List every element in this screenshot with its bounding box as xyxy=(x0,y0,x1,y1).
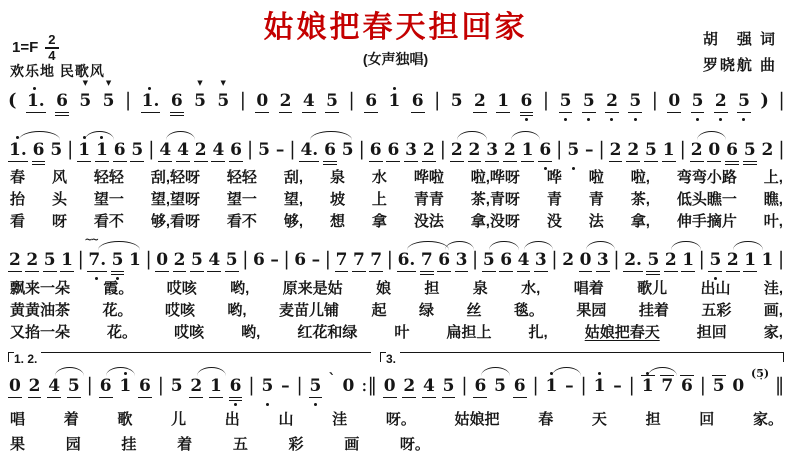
barline: | xyxy=(348,91,354,110)
lyric-syllable: 轻轻 xyxy=(227,170,257,185)
ul1 xyxy=(450,161,464,162)
ul1 xyxy=(309,397,323,398)
lyric-syllable: 着 xyxy=(177,437,192,452)
barline: | xyxy=(556,140,562,159)
note: 2 xyxy=(726,252,740,269)
dot-lo xyxy=(95,277,98,280)
ul1 xyxy=(422,161,436,162)
lyric-syllable: 担 xyxy=(646,412,661,427)
lyric-syllable: 够,看呀 xyxy=(151,214,200,229)
note: 2 xyxy=(609,142,623,159)
note: 1 xyxy=(761,252,775,269)
music-line-2: 1.65|1165|44246|5–|4.65|6632|223216|5–|2… xyxy=(8,140,785,159)
note: 6 xyxy=(138,378,152,395)
note: 7 xyxy=(420,252,434,269)
note: 6 xyxy=(513,378,527,395)
lyric-syllable: 刮, xyxy=(284,170,303,185)
lyric-syllable: 画, xyxy=(764,303,783,318)
ul1 xyxy=(299,161,319,162)
note: 3 xyxy=(485,142,499,159)
note: 1 xyxy=(641,378,655,395)
arc xyxy=(445,241,474,250)
note: 6. xyxy=(397,252,417,269)
note: 5 xyxy=(737,93,751,110)
ul1 xyxy=(170,112,184,113)
lyric-syllable: 刮,轻呀 xyxy=(151,170,200,185)
note: 2 xyxy=(189,378,203,395)
note: 3 xyxy=(404,142,418,159)
ul1 xyxy=(8,161,28,162)
note: 0 xyxy=(255,93,269,110)
note: 5 xyxy=(309,378,323,395)
lyric-syllable: 洼, xyxy=(764,281,783,296)
barline: | xyxy=(598,140,604,159)
ul1 xyxy=(513,397,527,398)
barline: | xyxy=(551,250,557,269)
note: 4 xyxy=(176,142,190,159)
note: 2 xyxy=(468,142,482,159)
parenthesis: ) xyxy=(760,90,769,111)
lyrics-stanza1-row2: 抬头望一望,望呀望一望,坡上青青茶,青呀青青茶,低头瞧一瞧, xyxy=(10,192,783,207)
barline: | xyxy=(778,250,784,269)
meter-numerator: 2 xyxy=(45,33,58,49)
arc xyxy=(310,131,351,140)
note: 1 xyxy=(209,378,223,395)
note: 7 xyxy=(660,378,674,395)
ul1 xyxy=(725,161,739,162)
note: 5 xyxy=(582,93,596,110)
repeat-barline: :‖ xyxy=(361,376,377,395)
lyric-syllable: 回 xyxy=(699,412,714,427)
barline: | xyxy=(700,376,706,395)
lyric-syllable: 黄黄油茶 xyxy=(10,303,70,318)
dot-hi xyxy=(598,372,601,375)
ul1 xyxy=(473,112,487,113)
ul1 xyxy=(8,271,22,272)
note: 1 xyxy=(118,378,132,395)
note: 5 xyxy=(341,142,355,159)
note: 5 xyxy=(257,142,271,159)
dot-hi xyxy=(550,372,553,375)
barline: | xyxy=(629,376,635,395)
ul1 xyxy=(404,161,418,162)
dot-lo xyxy=(742,118,745,121)
lyrics-stanza3-row1: 唱着歌儿出山洼呀。姑娘把春天担回家。 xyxy=(10,412,783,427)
ul1 xyxy=(113,161,127,162)
note: 1 xyxy=(496,93,510,110)
lyric-syllable: 挂 xyxy=(121,437,136,452)
barline: | xyxy=(296,376,302,395)
lyric-syllable: 五 xyxy=(233,437,248,452)
ul1 xyxy=(170,115,184,116)
note: 6 xyxy=(437,252,451,269)
duration-dash: – xyxy=(564,378,575,395)
note: 6 xyxy=(369,142,383,159)
note: 4 xyxy=(302,93,316,110)
lyric-syllable: 泉 xyxy=(473,281,488,296)
arc xyxy=(166,131,195,140)
music-line-4: 0245|616|5216|5–|5`0:‖0245|656|1–|1–|176… xyxy=(8,376,785,395)
note: 2 xyxy=(605,93,619,110)
lyric-syllable: 花。 xyxy=(102,303,132,318)
barline: | xyxy=(77,250,83,269)
acc: ▼ xyxy=(197,79,202,86)
note: 6 xyxy=(538,142,552,159)
note: 6 xyxy=(520,93,534,110)
lyric-syllable: 抬 xyxy=(10,192,25,207)
barline: | xyxy=(461,376,467,395)
ul1 xyxy=(420,274,434,275)
lyric-syllable: 哎咳 xyxy=(167,281,197,296)
arc xyxy=(489,241,518,250)
ul1 xyxy=(176,161,190,162)
lyric-syllable: 担回 xyxy=(697,325,727,340)
ul1 xyxy=(207,271,221,272)
lyric-syllable: 霞。 xyxy=(103,281,133,296)
ul1 xyxy=(411,112,425,113)
breath-mark: ` xyxy=(328,370,336,388)
note: 1 xyxy=(662,142,676,159)
arc xyxy=(407,241,448,250)
dot-lo xyxy=(234,403,237,406)
note: 6 xyxy=(170,93,184,110)
lyrics-stanza1-row3: 看呀看不够,看呀看不够,想拿没法拿,没呀没法拿,伸手摘片叶, xyxy=(10,214,783,229)
ul1 xyxy=(95,161,109,162)
note: 6 xyxy=(364,93,378,110)
ul1 xyxy=(47,397,61,398)
ul1 xyxy=(397,271,417,272)
lyric-syllable: 毯。 xyxy=(514,303,544,318)
ul1 xyxy=(369,161,383,162)
ul1 xyxy=(225,271,239,272)
lyric-syllable: 瞧, xyxy=(764,192,783,207)
lyric-syllable: 青青 xyxy=(414,192,444,207)
barline: | xyxy=(532,376,538,395)
dot-hi xyxy=(148,87,151,90)
ul1 xyxy=(485,161,499,162)
ul1 xyxy=(190,271,204,272)
lyric-syllable: 丝 xyxy=(466,303,481,318)
final-barline: ‖ xyxy=(775,376,785,395)
lyric-syllable: 扎, xyxy=(528,325,547,340)
note: 4 xyxy=(158,142,172,159)
barline: | xyxy=(242,250,248,269)
note: 0 xyxy=(341,378,355,395)
barline: | xyxy=(358,140,364,159)
ul1 xyxy=(646,271,660,272)
lyric-syllable: 哎咳 xyxy=(174,325,204,340)
note: 6 xyxy=(725,142,739,159)
note: 2 xyxy=(28,378,42,395)
barline: | xyxy=(652,91,658,110)
small-optional-note: (5̣) xyxy=(751,367,769,380)
note: 4 xyxy=(207,252,221,269)
note: 2 xyxy=(25,252,39,269)
lyric-syllable: 水, xyxy=(521,281,540,296)
arc xyxy=(733,241,762,250)
note: 6 xyxy=(386,142,400,159)
ul1 xyxy=(422,397,436,398)
barline: | xyxy=(613,250,619,269)
ul1 xyxy=(707,161,721,162)
note: 1 xyxy=(593,378,607,395)
note: 5 xyxy=(493,378,507,395)
lyric-syllable: 哟, xyxy=(230,281,249,296)
lyric-syllable: 家。 xyxy=(753,412,783,427)
lyric-syllable: 上, xyxy=(764,170,783,185)
lyric-syllable: 洼 xyxy=(332,412,347,427)
ul1 xyxy=(25,271,39,272)
acc: ▼ xyxy=(106,79,111,86)
note: 7 xyxy=(335,252,349,269)
ul1 xyxy=(8,397,22,398)
note: 6 xyxy=(680,378,694,395)
note: 0 xyxy=(155,252,169,269)
note: 5 xyxy=(442,378,456,395)
ul1 xyxy=(302,112,316,113)
ul1 xyxy=(158,161,172,162)
lyric-syllable: 麦苗儿铺 xyxy=(279,303,339,318)
lyric-syllable: 叶 xyxy=(394,325,409,340)
ul1 xyxy=(130,161,144,162)
barline: | xyxy=(434,91,440,110)
lyric-syllable: 轻轻 xyxy=(94,170,124,185)
note: 4 xyxy=(47,378,61,395)
note: 5 xyxy=(170,378,184,395)
barline: | xyxy=(145,250,151,269)
note: 3 xyxy=(455,252,469,269)
composer-credit: 罗晓航 曲 xyxy=(703,54,777,75)
note: 1 xyxy=(387,93,401,110)
lyric-syllable: 彩 xyxy=(289,437,304,452)
note: 1 xyxy=(545,378,559,395)
lyric-syllable: 伸手摘片 xyxy=(677,214,737,229)
arc xyxy=(98,241,139,250)
duration-dash: – xyxy=(275,142,286,159)
barline: | xyxy=(699,250,705,269)
ul1 xyxy=(335,271,349,272)
ul1 xyxy=(691,112,705,113)
note: 2 xyxy=(173,252,187,269)
ul1 xyxy=(229,397,243,398)
ul1 xyxy=(708,271,722,272)
ul1 xyxy=(402,397,416,398)
ul1 xyxy=(32,161,46,162)
volta-bracket-1-2: 1. 2. xyxy=(8,352,371,362)
lyric-syllable: 红花和绿 xyxy=(297,325,357,340)
note: 6 xyxy=(32,142,46,159)
note: 2 xyxy=(664,252,678,269)
note: 5 xyxy=(49,142,63,159)
ul1 xyxy=(141,112,161,113)
lyric-syllable: 果园 xyxy=(576,303,606,318)
note: 2 xyxy=(714,93,728,110)
lyric-syllable: 望, xyxy=(284,192,303,207)
note: 5 xyxy=(628,93,642,110)
note: 0 xyxy=(383,378,397,395)
ul1 xyxy=(743,161,757,162)
note: 6 xyxy=(323,142,337,159)
ul1 xyxy=(325,112,339,113)
lyric-syllable: 春 xyxy=(538,412,553,427)
trl: ~~ xyxy=(84,236,97,246)
note: 1 xyxy=(521,142,535,159)
note: 4. xyxy=(299,142,319,159)
note: 7 xyxy=(369,252,383,269)
lyricist-credit: 胡 强 词 xyxy=(703,28,777,49)
note: 6 xyxy=(252,252,266,269)
note: 0 xyxy=(579,252,593,269)
lyric-syllable: 呀。 xyxy=(400,437,430,452)
ul1 xyxy=(87,271,107,272)
ul1 xyxy=(667,112,681,113)
acc: ▼ xyxy=(83,79,88,86)
dot-lo xyxy=(266,403,269,406)
ul1 xyxy=(352,271,366,272)
ul1 xyxy=(138,397,152,398)
note: 1. xyxy=(26,93,46,110)
lyric-syllable: 姑娘把春天 xyxy=(585,325,660,340)
lyric-syllable: 起 xyxy=(372,303,387,318)
sheet-music-page: 姑娘把春天担回家 1=F 24 欢乐地 民歌风 (女声独唱) 胡 强 词 罗晓航… xyxy=(0,0,791,461)
ovl xyxy=(680,375,694,376)
note: 5 xyxy=(644,142,658,159)
ul1 xyxy=(725,164,739,165)
lyric-syllable: 扁担上 xyxy=(446,325,491,340)
ul1 xyxy=(609,161,623,162)
dot-hi xyxy=(16,136,19,139)
lyric-syllable: 啦, xyxy=(631,170,650,185)
note: 1 xyxy=(77,142,91,159)
note: 5 xyxy=(743,142,757,159)
ul1 xyxy=(681,271,695,272)
note: 6 xyxy=(499,252,513,269)
note: 1. xyxy=(141,93,161,110)
lyric-syllable: 叶, xyxy=(764,214,783,229)
ul1 xyxy=(369,271,383,272)
lyric-syllable: 望一 xyxy=(227,192,257,207)
ul1 xyxy=(628,112,642,113)
note: 1 xyxy=(743,252,757,269)
lyric-syllable: 弯弯小路 xyxy=(677,170,737,185)
music-line-3: 2251|7.~~51|02545|6–|6–|777|6.763|5643|2… xyxy=(8,250,785,269)
arc xyxy=(552,367,581,376)
arc xyxy=(586,241,615,250)
lyric-syllable: 哟, xyxy=(241,325,260,340)
ul1 xyxy=(517,271,531,272)
note: 4 xyxy=(517,252,531,269)
lyric-syllable: 着 xyxy=(64,412,79,427)
note: 2 xyxy=(561,252,575,269)
ul1 xyxy=(323,164,337,165)
ul1 xyxy=(229,161,243,162)
volta-label-1-2: 1. 2. xyxy=(14,352,41,366)
lyric-syllable: 山 xyxy=(278,412,293,427)
ul1 xyxy=(626,161,640,162)
lyric-syllable: 哗 xyxy=(547,170,562,185)
barline: | xyxy=(248,376,254,395)
note: 2 xyxy=(402,378,416,395)
dot-lo xyxy=(696,118,699,121)
dot-lo xyxy=(314,403,317,406)
note: 5 xyxy=(646,252,660,269)
ovl xyxy=(660,375,674,376)
lyric-syllable: 看不 xyxy=(227,214,257,229)
note: 5 xyxy=(111,252,125,269)
note: 2 xyxy=(761,142,775,159)
lyric-syllable: 姑娘把 xyxy=(455,412,500,427)
ul1 xyxy=(714,112,728,113)
lyric-syllable: 哗啦 xyxy=(414,170,444,185)
dot-hi xyxy=(124,372,127,375)
ul1 xyxy=(55,115,69,116)
duration-dash: – xyxy=(612,378,623,395)
ul1 xyxy=(189,397,203,398)
ul1 xyxy=(534,271,548,272)
lyric-syllable: 园 xyxy=(66,437,81,452)
ul1 xyxy=(582,112,596,113)
lyric-syllable: 没法 xyxy=(414,214,444,229)
lyric-syllable: 唱着 xyxy=(574,281,604,296)
ul1 xyxy=(211,161,225,162)
note: 2 xyxy=(422,142,436,159)
lyric-syllable: 拿 xyxy=(372,214,387,229)
music-line-1: (1.65▼5▼|1.65▼5▼|0245|616|5216|5525|0525… xyxy=(8,90,785,111)
lyric-syllable: 没 xyxy=(547,214,562,229)
ul1 xyxy=(55,112,69,113)
ul1 xyxy=(77,161,91,162)
ul1 xyxy=(173,271,187,272)
dot-lo xyxy=(587,118,590,121)
volta-bracket-3: 3. xyxy=(380,352,784,362)
lyric-syllable: 娘 xyxy=(376,281,391,296)
note: 5▼ xyxy=(193,93,207,110)
arc xyxy=(19,131,60,140)
lyric-syllable: 哎咳 xyxy=(165,303,195,318)
lyric-syllable: 泉 xyxy=(330,170,345,185)
ul1 xyxy=(229,400,243,401)
lyric-syllable: 青 xyxy=(547,192,562,207)
lyric-syllable: 天 xyxy=(592,412,607,427)
note: 0 xyxy=(667,93,681,110)
arc xyxy=(457,131,486,140)
arc xyxy=(106,367,135,376)
barline: | xyxy=(387,250,393,269)
ul1 xyxy=(520,112,534,113)
note: 2 xyxy=(626,142,640,159)
lyric-syllable: 拿, xyxy=(631,214,650,229)
note: 4 xyxy=(211,142,225,159)
dot-lo xyxy=(564,118,567,121)
ul1 xyxy=(279,112,293,113)
lyric-syllable: 儿 xyxy=(171,412,186,427)
note: 0 xyxy=(731,378,745,395)
ul1 xyxy=(323,161,337,162)
ul1 xyxy=(473,397,487,398)
song-title: 姑娘把春天担回家 xyxy=(0,2,791,46)
arc xyxy=(524,241,553,250)
dot-lo xyxy=(610,118,613,121)
lyric-syllable: 呀。 xyxy=(386,412,416,427)
barline: | xyxy=(148,140,154,159)
lyric-syllable: 果 xyxy=(10,437,25,452)
ul1 xyxy=(503,161,517,162)
duration-dash: – xyxy=(311,252,322,269)
duration-dash: – xyxy=(584,142,595,159)
ul1 xyxy=(726,271,740,272)
ul1 xyxy=(468,161,482,162)
note: 5 xyxy=(225,252,239,269)
